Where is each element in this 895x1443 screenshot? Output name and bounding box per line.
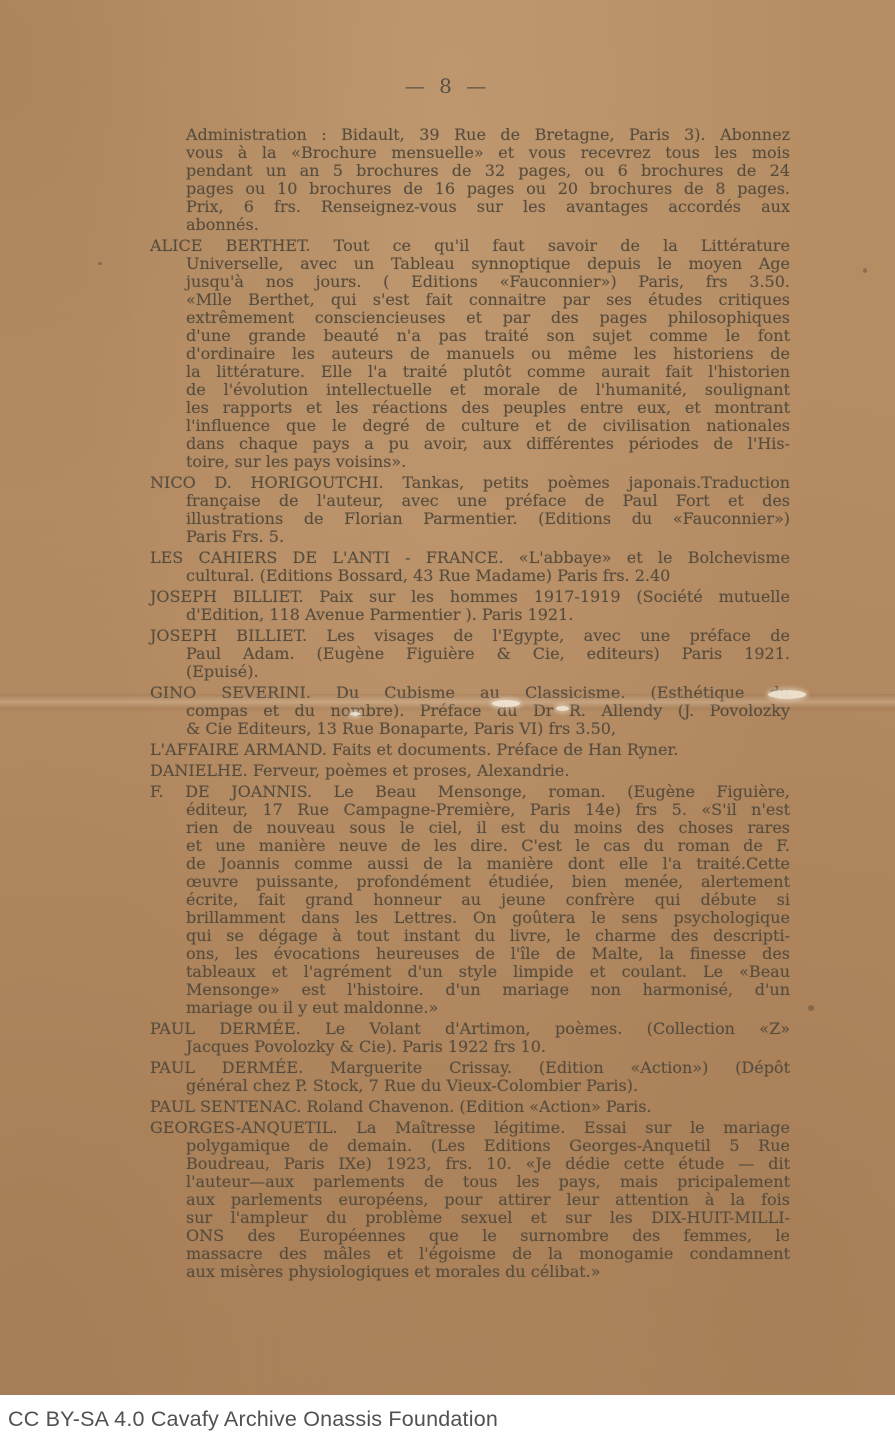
text-line: de l'évolution intellectuelle et morale … <box>186 381 790 399</box>
text-line: PAUL DERMÉE. Le Volant d'Artimon, poèmes… <box>150 1020 790 1038</box>
text-line: PAUL DERMÉE. Marguerite Crissay. (Editio… <box>150 1059 790 1077</box>
paper-damage-spot <box>350 712 360 716</box>
text-line: Paris Frs. 5. <box>186 528 790 546</box>
text-line: et une manière neuve de les dire. C'est … <box>186 837 790 855</box>
catalog-entry: Administration : Bidault, 39 Rue de Bret… <box>150 126 790 234</box>
paper-speck <box>98 262 102 265</box>
text-line: & Cie Editeurs, 13 Rue Bonaparte, Paris … <box>186 720 790 738</box>
text-line: JOSEPH BILLIET. Paix sur les hommes 1917… <box>150 588 790 606</box>
text-line: l'auteur—aux parlements de tous les pays… <box>186 1173 790 1191</box>
text-line: dans chaque pays a pu avoir, aux différe… <box>186 435 790 453</box>
text-line: extrêmement consciencieuses et par des p… <box>186 309 790 327</box>
text-line: Jacques Povolozky & Cie). Paris 1922 frs… <box>186 1038 790 1056</box>
paper-speck <box>808 1005 814 1011</box>
text-line: Administration : Bidault, 39 Rue de Bret… <box>186 126 790 144</box>
text-line: Universelle, avec un Tableau synnoptique… <box>186 255 790 273</box>
paper-speck <box>863 268 867 273</box>
text-line: d'Edition, 118 Avenue Parmentier ). Pari… <box>186 606 790 624</box>
text-line: GEORGES-ANQUETIL. La Maîtresse légitime.… <box>150 1119 790 1137</box>
text-line: Paul Adam. (Eugène Figuière & Cie, edite… <box>186 645 790 663</box>
text-line: aux misères physiologiques et morales du… <box>186 1263 790 1281</box>
paper-damage-spot <box>492 700 520 707</box>
text-line: Prix, 6 frs. Renseignez-vous sur les ava… <box>186 198 790 216</box>
text-line: française de l'auteur, avec une préface … <box>186 492 790 510</box>
text-line: la littérature. Elle l'a traité plutôt c… <box>186 363 790 381</box>
text-line: ONS des Européennes que le surnombre des… <box>186 1227 790 1245</box>
page-number: — 8 — <box>0 74 895 98</box>
entry-list: Administration : Bidault, 39 Rue de Bret… <box>150 126 790 1284</box>
text-line: Boudreau, Paris IXe) 1923, frs. 10. «Je … <box>186 1155 790 1173</box>
catalog-entry: DANIELHE. Ferveur, poèmes et proses, Ale… <box>150 762 790 780</box>
text-line: sur l'ampleur du problème sexuel et sur … <box>186 1209 790 1227</box>
text-line: ons, les évocations heureuses de l'île d… <box>186 945 790 963</box>
text-line: Mensonge» est l'histoire. d'un mariage n… <box>186 981 790 999</box>
text-line: général chez P. Stock, 7 Rue du Vieux-Co… <box>186 1077 790 1095</box>
catalog-entry: PAUL DERMÉE. Le Volant d'Artimon, poèmes… <box>150 1020 790 1056</box>
text-line: œuvre puissante, profondément étudiée, b… <box>186 873 790 891</box>
text-line: F. DE JOANNIS. Le Beau Mensonge, roman. … <box>150 783 790 801</box>
license-bar: CC BY-SA 4.0 Cavafy Archive Onassis Foun… <box>0 1395 895 1443</box>
text-line: tableaux et l'agrément d'un style limpid… <box>186 963 790 981</box>
catalog-entry: L'AFFAIRE ARMAND. Faits et documents. Pr… <box>150 741 790 759</box>
text-line: aux parlements européens, pour attirer l… <box>186 1191 790 1209</box>
text-line: qui se dégage à tout instant du livre, l… <box>186 927 790 945</box>
text-line: NICO D. HORIGOUTCHI. Tankas, petits poèm… <box>150 474 790 492</box>
text-line: les rapports et les réactions des peuple… <box>186 399 790 417</box>
catalog-entry: JOSEPH BILLIET. Les visages de l'Egypte,… <box>150 627 790 681</box>
text-line: brillamment dans les Lettres. On goûtera… <box>186 909 790 927</box>
text-line: illustrations de Florian Parmentier. (Ed… <box>186 510 790 528</box>
text-line: JOSEPH BILLIET. Les visages de l'Egypte,… <box>150 627 790 645</box>
text-line: toire, sur les pays voisins». <box>186 453 790 471</box>
text-line: rien de nouveau sous le ciel, il est du … <box>186 819 790 837</box>
text-line: PAUL SENTENAC. Roland Chavenon. (Edition… <box>150 1098 790 1116</box>
text-line: (Epuisé). <box>186 663 790 681</box>
text-line: polygamique de demain. (Les Editions Geo… <box>186 1137 790 1155</box>
text-line: ALICE BERTHET. Tout ce qu'il faut savoir… <box>150 237 790 255</box>
catalog-entry: GINO SEVERINI. Du Cubisme au Classicisme… <box>150 684 790 738</box>
catalog-entry: GEORGES-ANQUETIL. La Maîtresse légitime.… <box>150 1119 790 1281</box>
text-line: pages ou 10 brochures de 16 pages ou 20 … <box>186 180 790 198</box>
text-line: écrite, fait grand honneur au jeune conf… <box>186 891 790 909</box>
text-line: mariage ou il y eut maldonne.» <box>186 999 790 1017</box>
paper-damage-spot <box>556 706 569 711</box>
paper-damage-spot <box>768 690 806 699</box>
text-line: L'AFFAIRE ARMAND. Faits et documents. Pr… <box>150 741 790 759</box>
license-caption: CC BY-SA 4.0 Cavafy Archive Onassis Foun… <box>0 1407 498 1432</box>
text-line: cultural. (Editions Bossard, 43 Rue Mada… <box>186 567 790 585</box>
text-line: LES CAHIERS DE L'ANTI - FRANCE. «L'abbay… <box>150 549 790 567</box>
text-line: abonnés. <box>186 216 790 234</box>
text-line: DANIELHE. Ferveur, poèmes et proses, Ale… <box>150 762 790 780</box>
text-line: compas et du nombre). Préface du Dr R. A… <box>186 702 790 720</box>
scanned-page: — 8 — Administration : Bidault, 39 Rue d… <box>0 0 895 1395</box>
text-line: vous à la «Brochure mensuelle» et vous r… <box>186 144 790 162</box>
catalog-entry: LES CAHIERS DE L'ANTI - FRANCE. «L'abbay… <box>150 549 790 585</box>
text-line: éditeur, 17 Rue Campagne-Première, Paris… <box>186 801 790 819</box>
text-line: de Joannis comme aussi de la manière don… <box>186 855 790 873</box>
catalog-entry: PAUL DERMÉE. Marguerite Crissay. (Editio… <box>150 1059 790 1095</box>
text-line: jusqu'à nos jours. ( Editions «Fauconnie… <box>186 273 790 291</box>
text-line: d'une grande beauté n'a pas traité son s… <box>186 327 790 345</box>
text-line: l'influence que le degré de culture et d… <box>186 417 790 435</box>
catalog-entry: JOSEPH BILLIET. Paix sur les hommes 1917… <box>150 588 790 624</box>
text-line: pendant un an 5 brochures de 32 pages, o… <box>186 162 790 180</box>
text-line: massacre des mâles et l'égoisme de la mo… <box>186 1245 790 1263</box>
text-line: d'ordinaire les auteurs de manuels ou mê… <box>186 345 790 363</box>
catalog-entry: NICO D. HORIGOUTCHI. Tankas, petits poèm… <box>150 474 790 546</box>
text-line: «Mlle Berthet, qui s'est fait connaitre … <box>186 291 790 309</box>
catalog-entry: PAUL SENTENAC. Roland Chavenon. (Edition… <box>150 1098 790 1116</box>
catalog-entry: ALICE BERTHET. Tout ce qu'il faut savoir… <box>150 237 790 471</box>
text-line: GINO SEVERINI. Du Cubisme au Classicisme… <box>150 684 790 702</box>
catalog-entry: F. DE JOANNIS. Le Beau Mensonge, roman. … <box>150 783 790 1017</box>
